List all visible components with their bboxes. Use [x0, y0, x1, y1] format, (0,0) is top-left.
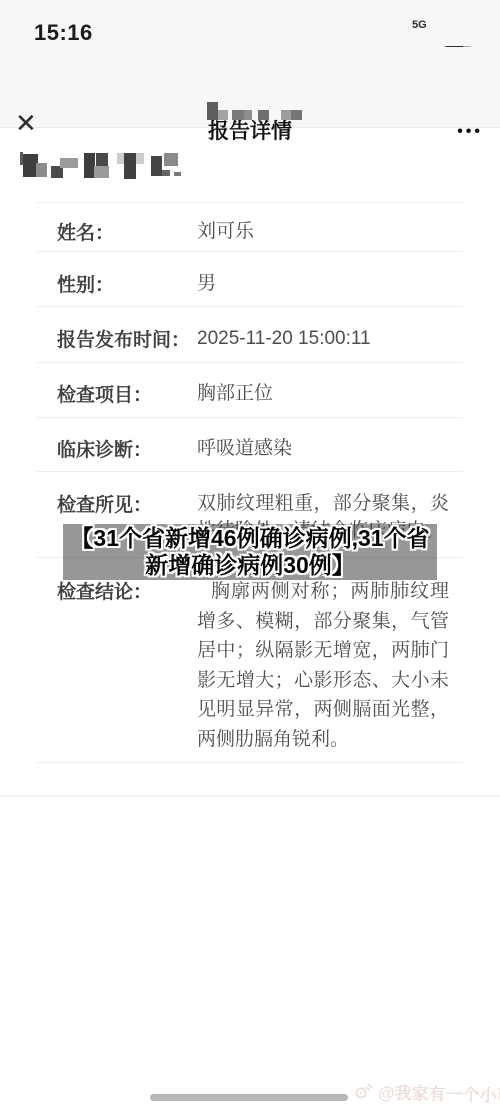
field-label: 检查项目：	[57, 380, 152, 407]
section-separator	[0, 795, 500, 797]
redacted-subtitle	[205, 100, 305, 120]
news-caption-overlay: 【31个省新增46例确诊病例,31个省 新增确诊病例30例】	[63, 524, 437, 580]
redacted-hospital-name	[20, 149, 185, 180]
more-menu-icon[interactable]: •••	[457, 123, 483, 141]
field-label: 报告发布时间：	[57, 325, 190, 352]
report-row-exam-item: 检查项目： 胸部正位	[37, 363, 463, 418]
weibo-icon	[353, 1080, 375, 1102]
report-detail-screen: 15:16 5G 60 ✕ 报告详情 •••	[0, 0, 500, 1110]
field-label: 临床诊断：	[57, 435, 152, 462]
report-row-clinical-diagnosis: 临床诊断： 呼吸道感染	[37, 418, 463, 472]
field-value: 男	[197, 270, 449, 297]
home-indicator[interactable]	[150, 1094, 348, 1101]
caption-line-2: 新增确诊病例30例】	[63, 552, 437, 579]
report-row-publish-time: 报告发布时间： 2025-11-20 15:00:11	[37, 307, 463, 363]
field-value: 胸廓两侧对称；两肺肺纹理增多、模糊，部分聚集，气管居中；纵隔影无增宽，两肺门影无…	[197, 577, 449, 754]
status-bar: 15:16 5G 60	[0, 0, 500, 47]
field-value: 2025-11-20 15:00:11	[197, 325, 449, 352]
watermark-handle: @我家有一个小可乐	[378, 1078, 500, 1107]
field-label: 检查所见：	[57, 490, 152, 517]
report-row-name: 姓名： 刘可乐	[37, 202, 463, 252]
field-value: 呼吸道感染	[197, 435, 449, 462]
field-value: 胸部正位	[197, 380, 449, 407]
field-label: 性别：	[57, 270, 114, 297]
field-label: 检查结论：	[57, 577, 152, 604]
nav-bar: ✕ 报告详情 •••	[0, 47, 500, 128]
clock: 15:16	[34, 20, 93, 46]
field-label: 姓名：	[57, 218, 114, 245]
report-row-conclusion: 检查结论： 胸廓两侧对称；两肺肺纹理增多、模糊，部分聚集，气管居中；纵隔影无增宽…	[37, 558, 463, 763]
report-row-gender: 性别： 男	[37, 252, 463, 307]
caption-line-1: 【31个省新增46例确诊病例,31个省	[63, 525, 437, 552]
network-type-label: 5G	[412, 20, 427, 30]
field-value: 刘可乐	[197, 218, 449, 245]
watermark: @我家有一个小可乐	[353, 1078, 500, 1108]
